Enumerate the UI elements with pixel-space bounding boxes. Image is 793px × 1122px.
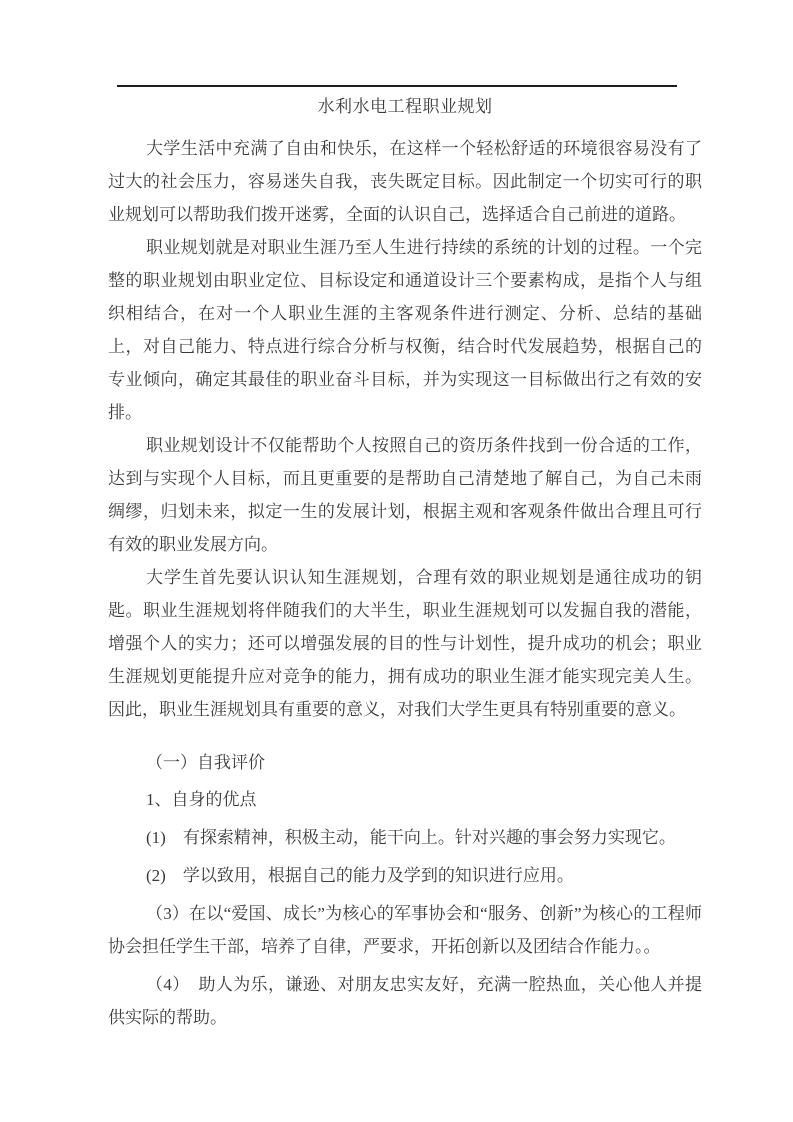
- list-item-3: （3）在以“爱国、成长”为核心的军事协会和“服务、创新”为核心的工程师协会担任学…: [108, 897, 702, 963]
- list-item-4: （4） 助人为乐，谦逊、对朋友忠实友好，充满一腔热血，关心他人并提供实际的帮助。: [108, 968, 702, 1034]
- intro-paragraph-2: 职业规划就是对职业生涯乃至人生进行持续的系统的计划的过程。一个完整的职业规划由职…: [108, 231, 702, 429]
- intro-paragraph-4: 大学生首先要认识认知生涯规划，合理有效的职业规划是通往成功的钥匙。职业生涯规划将…: [108, 561, 702, 726]
- list-item-1: (1) 有探索精神，积极主动，能干向上。针对兴趣的事会努力实现它。: [108, 821, 702, 854]
- document-content: 水利水电工程职业规划 大学生活中充满了自由和快乐，在这样一个轻松舒适的环境很容易…: [108, 92, 702, 1034]
- intro-paragraph-1: 大学生活中充满了自由和快乐，在这样一个轻松舒适的环境很容易没有了过大的社会压力，…: [108, 132, 702, 231]
- document-page: 水利水电工程职业规划 大学生活中充满了自由和快乐，在这样一个轻松舒适的环境很容易…: [0, 0, 793, 1122]
- header-divider-rule: [117, 85, 677, 87]
- intro-paragraph-3: 职业规划设计不仅能帮助个人按照自己的资历条件找到一份合适的工作，达到与实现个人目…: [108, 429, 702, 561]
- list-item-2: (2) 学以致用，根据自己的能力及学到的知识进行应用。: [108, 859, 702, 892]
- section-heading-self-evaluation: （一）自我评价: [108, 746, 702, 779]
- document-title: 水利水电工程职业规划: [108, 92, 702, 122]
- section-subheading-strengths: 1、自身的优点: [108, 783, 702, 816]
